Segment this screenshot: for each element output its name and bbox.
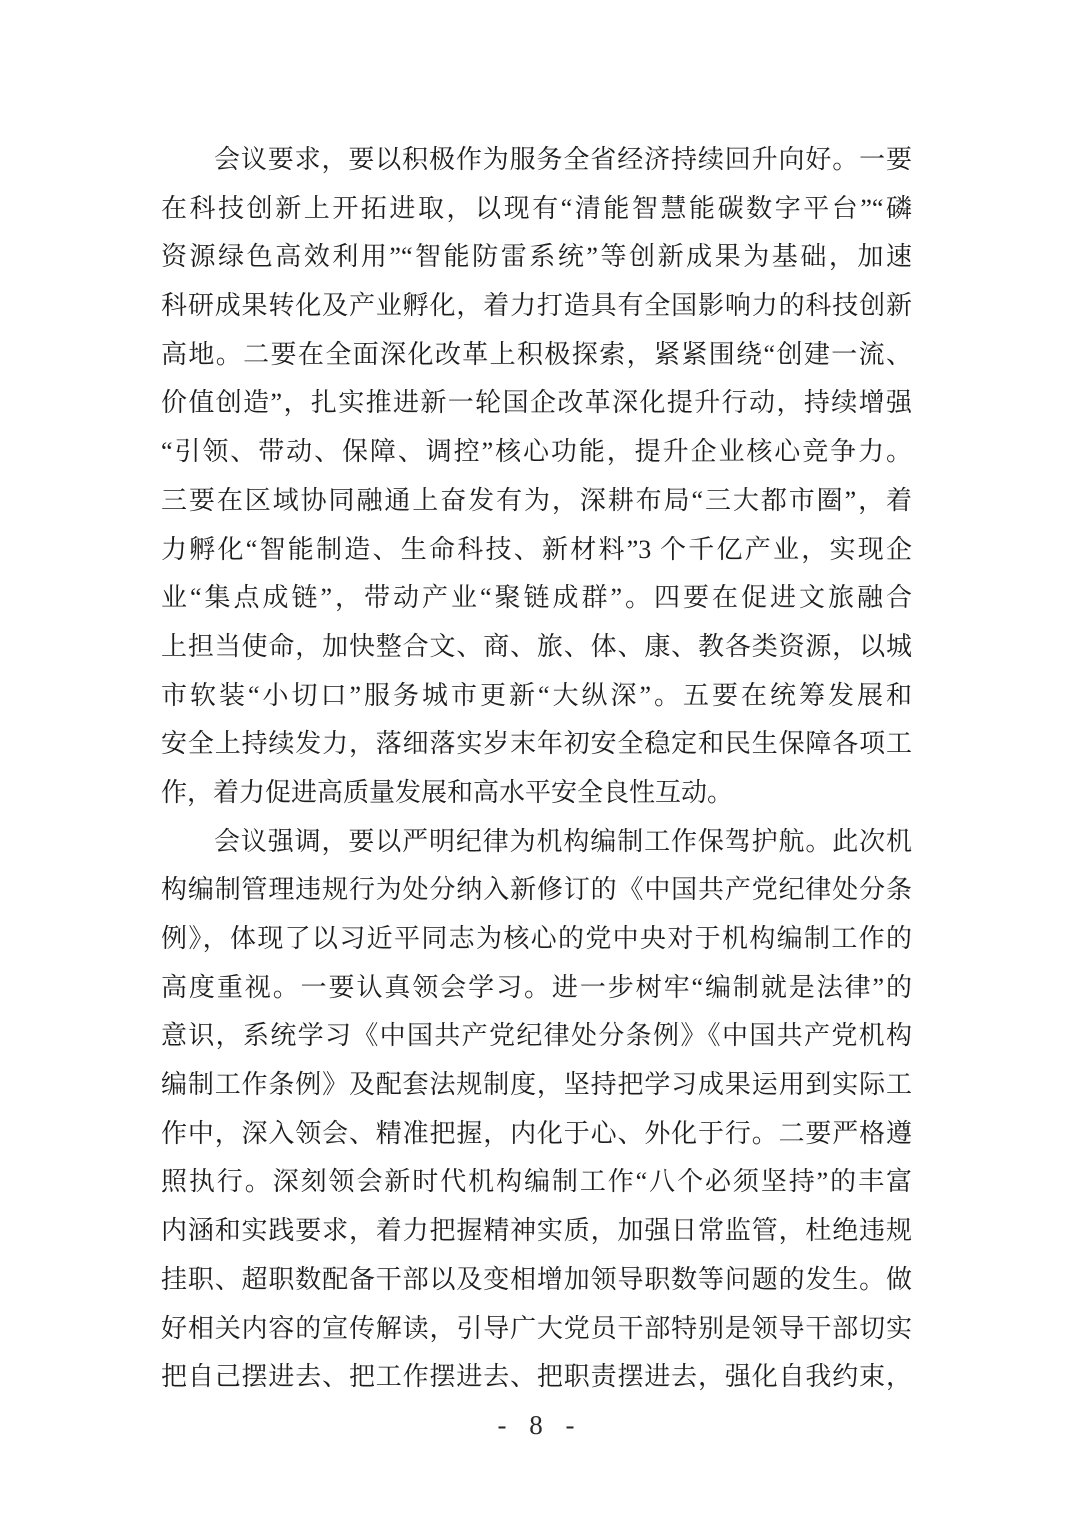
page-number: - 8 - [0, 1405, 1074, 1445]
body-text-block: 会议要求，要以积极作为服务全省经济持续回升向好。一要在科技创新上开拓进取，以现有… [161, 136, 912, 1402]
text-line: 市软装“小切口”服务城市更新“大纵深”。五要在统筹发展和 [161, 672, 912, 721]
text-line: 编制工作条例》及配套法规制度，坚持把学习成果运用到实际工 [161, 1061, 912, 1110]
text-line: 挂职、超职数配备干部以及变相增加领导职数等问题的发生。做 [161, 1256, 912, 1305]
text-line: 业“集点成链”，带动产业“聚链成群”。四要在促进文旅融合 [161, 574, 912, 623]
text-line: 安全上持续发力，落细落实岁末年初安全稳定和民生保障各项工 [161, 720, 912, 769]
text-line: 好相关内容的宣传解读，引导广大党员干部特别是领导干部切实 [161, 1305, 912, 1354]
text-line: 力孵化“智能制造、生命科技、新材料”3 个千亿产业，实现企 [161, 526, 912, 575]
text-line: 内涵和实践要求，着力把握精神实质，加强日常监管，杜绝违规 [161, 1207, 912, 1256]
text-line: 科研成果转化及产业孵化，着力打造具有全国影响力的科技创新 [161, 282, 912, 331]
text-line: 在科技创新上开拓进取，以现有“清能智慧能碳数字平台”“磷 [161, 185, 912, 234]
text-line: 三要在区域协同融通上奋发有为，深耕布局“三大都市圈”，着 [161, 477, 912, 526]
document-page: 会议要求，要以积极作为服务全省经济持续回升向好。一要在科技创新上开拓进取，以现有… [0, 0, 1074, 1520]
text-line: 例》，体现了以习近平同志为核心的党中央对于机构编制工作的 [161, 915, 912, 964]
text-line: 会议要求，要以积极作为服务全省经济持续回升向好。一要 [161, 136, 912, 185]
text-line: 价值创造”，扎实推进新一轮国企改革深化提升行动，持续增强 [161, 379, 912, 428]
text-line: 作，着力促进高质量发展和高水平安全良性互动。 [161, 769, 912, 818]
text-line: 把自己摆进去、把工作摆进去、把职责摆进去，强化自我约束， [161, 1353, 912, 1402]
text-line: 资源绿色高效利用”“智能防雷系统”等创新成果为基础，加速 [161, 233, 912, 282]
text-line: “引领、带动、保障、调控”核心功能，提升企业核心竞争力。 [161, 428, 912, 477]
text-line: 构编制管理违规行为处分纳入新修订的《中国共产党纪律处分条 [161, 866, 912, 915]
text-line: 会议强调，要以严明纪律为机构编制工作保驾护航。此次机 [161, 818, 912, 867]
text-line: 高地。二要在全面深化改革上积极探索，紧紧围绕“创建一流、 [161, 331, 912, 380]
text-line: 照执行。深刻领会新时代机构编制工作“八个必须坚持”的丰富 [161, 1158, 912, 1207]
text-line: 上担当使命，加快整合文、商、旅、体、康、教各类资源，以城 [161, 623, 912, 672]
text-line: 意识，系统学习《中国共产党纪律处分条例》《中国共产党机构 [161, 1012, 912, 1061]
text-line: 作中，深入领会、精准把握，内化于心、外化于行。二要严格遵 [161, 1110, 912, 1159]
text-line: 高度重视。一要认真领会学习。进一步树牢“编制就是法律”的 [161, 964, 912, 1013]
